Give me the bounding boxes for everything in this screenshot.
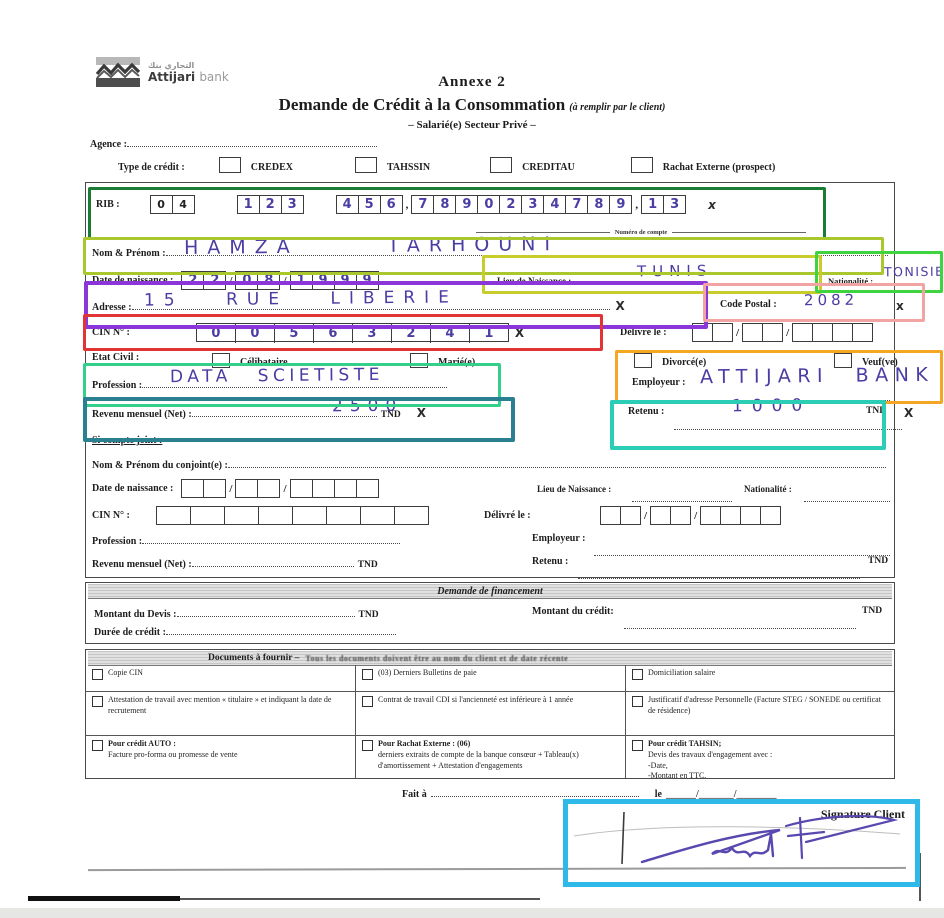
doc-text: Justificatif d'adresse Personnelle (Fact…	[648, 695, 881, 715]
issued-year-cells	[792, 323, 873, 342]
joint-dob-slash-2: /	[283, 483, 286, 495]
married-checkbox	[410, 353, 428, 368]
employer-label: Employeur :	[632, 377, 685, 388]
issued-month-cells	[742, 323, 783, 342]
doc-checkbox-icon	[92, 669, 103, 680]
joint-profession-label: Profession :	[92, 536, 142, 547]
doc-text: Domiciliation salaire	[648, 668, 715, 677]
signature-annotation-box: Signature Client	[563, 799, 920, 887]
financing-duration-row: Durée de crédit :	[94, 624, 396, 638]
rib-separator: ,	[406, 199, 409, 211]
joint-income-unit: TND	[358, 560, 378, 570]
documents-grid: Copie CIN (03) Derniers Bulletins de pai…	[86, 665, 894, 778]
credit-type-option-creditau: CREDITAU	[490, 157, 575, 175]
creditau-label: CREDITAU	[522, 162, 575, 173]
doc-lead: Pour crédit AUTO :	[108, 739, 176, 748]
retenu-unit: TND	[866, 406, 886, 416]
devis-unit: TND	[359, 610, 379, 620]
cin-label: CIN N° :	[92, 327, 130, 338]
credex-checkbox	[219, 157, 241, 173]
logo-arabic-text: التجاري بنك	[148, 61, 229, 70]
applicant-section-box: RIB : 04 123 456 , 7890234789 , 13 x Num…	[85, 182, 895, 578]
joint-dob-year-cells	[290, 479, 379, 498]
joint-issued-year-cells	[700, 506, 781, 525]
rib-caption-text: Numéro de compte	[615, 229, 668, 236]
documents-heading-note: Tous les documents doivent être au nom d…	[305, 654, 568, 663]
nationality-label: Nationalité :	[828, 276, 873, 286]
doc-text: Facture pro-forma ou promesse de vente	[108, 750, 238, 759]
rib-bank-code: 04	[150, 195, 195, 214]
rib-account-2: 7890234789	[411, 195, 632, 214]
rib-row: RIB : 04 123 456 , 7890234789 , 13 x	[96, 195, 716, 214]
agence-label: Agence :	[90, 139, 127, 150]
dob-slash-1: /	[229, 275, 232, 287]
dob-label: Date de naissance :	[92, 275, 173, 286]
joint-profession-row: Profession : Employeur :	[92, 533, 892, 547]
rib-agency-code: 123	[237, 195, 304, 214]
scan-artifact-thick-line	[28, 896, 180, 901]
birthplace-label: Lieu de Naissance :	[497, 276, 571, 286]
joint-issued-slash-1: /	[644, 510, 647, 522]
joint-issued-date-boxes: / /	[600, 506, 781, 525]
postal-label: Code Postal :	[720, 299, 777, 310]
joint-issued-month-cells	[650, 506, 691, 525]
doc-cell-bulletins: (03) Derniers Bulletins de paie	[356, 665, 626, 692]
income-handwriting: 2500	[332, 396, 403, 417]
agence-field	[127, 136, 377, 147]
joint-issued-label: Délivré le :	[484, 510, 531, 521]
nationality-handwriting: TONISIEN	[884, 264, 944, 280]
credit-type-option-tahssin: TAHSSIN	[355, 157, 430, 175]
rib-label: RIB :	[96, 199, 120, 210]
marital-option-married: Marié(e)	[410, 352, 475, 370]
credit-type-label: Type de crédit :	[118, 162, 185, 173]
financing-section-box: Demande de financement Montant du Devis …	[85, 582, 895, 644]
doc-checkbox-icon	[632, 696, 643, 707]
joint-retenu-label: Retenu :	[532, 556, 568, 567]
joint-cin-row: CIN N° : Délivré le : / /	[92, 506, 892, 525]
devis-label: Montant du Devis :	[94, 609, 177, 620]
cin-mark: X	[515, 326, 524, 340]
issued-slash-2: /	[786, 327, 789, 339]
dob-year-cells: 1999	[290, 271, 379, 290]
rib-key: 13	[641, 195, 686, 214]
postal-mark: x	[896, 299, 904, 313]
form-audience: – Salarié(e) Secteur Privé –	[0, 119, 944, 131]
duration-label: Durée de crédit :	[94, 627, 166, 638]
financing-amount-row: Montant du Devis : TND Montant du crédit…	[94, 606, 886, 620]
divorced-checkbox	[634, 353, 652, 368]
doc-cell-attestation: Attestation de travail avec mention « ti…	[86, 692, 356, 736]
credit-amount-unit: TND	[862, 606, 882, 616]
doc-text: Contrat de travail CDI si l'ancienneté e…	[378, 695, 573, 704]
cin-cells: 00563241	[196, 323, 509, 342]
form-title-note: (à remplir par le client)	[569, 102, 665, 113]
retenu-label: Retenu :	[628, 406, 664, 417]
doc-cell-contrat-cdi: Contrat de travail CDI si l'ancienneté e…	[356, 692, 626, 736]
annexe-heading: Annexe 2	[0, 74, 944, 91]
address-handwriting: 15 RUE LIBERIE	[144, 287, 458, 310]
birthplace-handwriting: TUNIS	[637, 262, 712, 281]
financing-heading: Demande de financement	[437, 586, 543, 597]
doc-lead: Pour crédit TAHSIN;	[648, 739, 721, 748]
doc-text: Copie CIN	[108, 668, 143, 677]
address-label: Adresse :	[92, 302, 132, 313]
agence-row: Agence :	[90, 136, 377, 150]
documents-header-bar: Documents à fournir – Tous les documents…	[88, 651, 892, 666]
documents-section-box: Documents à fournir – Tous les documents…	[85, 649, 895, 779]
doc-cell-copie-cin: Copie CIN	[86, 665, 356, 692]
issued-date-boxes: / /	[692, 323, 873, 342]
scan-artifact-thin-line	[180, 898, 540, 900]
name-label: Nom & Prénom :	[92, 248, 166, 259]
joint-dob-label: Date de naissance :	[92, 483, 173, 494]
doc-checkbox-icon	[362, 696, 373, 707]
credit-amount-label: Montant du crédit:	[532, 606, 614, 617]
joint-cin-cells	[156, 506, 429, 525]
rachat-checkbox	[631, 157, 653, 173]
profession-row: Profession : DATA SCIETISTE Employeur : …	[92, 377, 892, 391]
doc-checkbox-icon	[92, 696, 103, 707]
joint-retenu-unit: TND	[868, 556, 888, 566]
cin-row: CIN N° : 00563241 X Délivré le : / /	[92, 323, 892, 342]
retenu-mark: X	[904, 406, 913, 420]
marital-row: Etat Civil : Célibataire Marié(e) Divorc…	[92, 352, 892, 363]
doc-cell-credit-auto: Pour crédit AUTO : Facture pro-forma ou …	[86, 736, 356, 778]
handwritten-signature	[572, 806, 902, 870]
rib-check-mark: x	[708, 198, 716, 212]
address-row: Adresse : 15 RUE LIBERIE X Code Postal :…	[92, 299, 892, 313]
doc-cell-credit-tahsin: Pour crédit TAHSIN; Devis des travaux d'…	[626, 736, 894, 778]
address-mark: X	[616, 299, 625, 313]
joint-issued-slash-2: /	[694, 510, 697, 522]
income-mark: X	[417, 406, 426, 420]
tahssin-checkbox	[355, 157, 377, 173]
dob-slash-2: /	[283, 275, 286, 287]
joint-name-label: Nom & Prénom du conjoint(e) :	[92, 460, 228, 471]
fait-label: Fait à	[402, 789, 427, 800]
doc-cell-justificatif: Justificatif d'adresse Personnelle (Fact…	[626, 692, 894, 736]
rib-separator-2: ,	[635, 199, 638, 211]
profession-label: Profession :	[92, 380, 142, 391]
postal-handwriting: 2082	[804, 291, 858, 310]
joint-employer-label: Employeur :	[532, 533, 585, 544]
scanned-credit-form: التجاري بنك Attijari bank Annexe 2 Deman…	[0, 0, 944, 918]
doc-checkbox-icon	[632, 740, 643, 751]
employer-handwriting: ATTIJARI BANK	[700, 364, 935, 388]
rachat-label: Rachat Externe (prospect)	[663, 162, 776, 173]
joint-income-row: Revenu mensuel (Net) : TND Retenu : TND	[92, 556, 892, 570]
credex-label: CREDEX	[251, 162, 293, 173]
credit-type-option-credex: CREDEX	[219, 157, 293, 175]
doc-cell-rachat-externe: Pour Rachat Externe : (06) derniers extr…	[356, 736, 626, 778]
credit-type-option-rachat: Rachat Externe (prospect)	[631, 157, 776, 175]
joint-name-row: Nom & Prénom du conjoint(e) :	[92, 457, 886, 471]
name-handwriting: HAMZA TARHOUNI	[184, 233, 559, 259]
marital-option-divorced: Divorcé(e)	[634, 352, 706, 370]
tahssin-label: TAHSSIN	[387, 162, 430, 173]
fait-a-row: Fait à le ______/_______/________	[402, 786, 777, 800]
financing-header-bar: Demande de financement	[88, 584, 892, 599]
joint-cin-label: CIN N° :	[92, 510, 130, 521]
name-row: Nom & Prénom : HAMZA TARHOUNI	[92, 245, 888, 259]
joint-dob-day-cells	[181, 479, 226, 498]
doc-cell-domiciliation: Domiciliation salaire	[626, 665, 894, 692]
dob-month-cells: 08	[235, 271, 280, 290]
creditau-checkbox	[490, 157, 512, 173]
documents-heading: Documents à fournir –	[208, 653, 299, 663]
issued-slash-1: /	[736, 327, 739, 339]
scan-bottom-strip	[0, 908, 944, 918]
joint-dob-slash-1: /	[229, 483, 232, 495]
rib-account-1: 456	[336, 195, 403, 214]
doc-text: (03) Derniers Bulletins de paie	[378, 668, 477, 677]
joint-nationality-label: Nationalité :	[744, 484, 792, 494]
joint-issued-day-cells	[600, 506, 641, 525]
doc-checkbox-icon	[362, 740, 373, 751]
doc-lead: Pour Rachat Externe : (06)	[378, 739, 470, 748]
doc-text: Attestation de travail avec mention « ti…	[108, 695, 331, 715]
marital-label: Etat Civil :	[92, 352, 139, 363]
married-label: Marié(e)	[438, 357, 475, 368]
joint-dob-month-cells	[235, 479, 280, 498]
doc-text: Devis des travaux d'engagement avec : -D…	[648, 750, 772, 778]
dob-day-cells: 22	[181, 271, 226, 290]
joint-heading: Si compte joint :	[92, 435, 162, 446]
form-title: Demande de Crédit à la Consommation (à r…	[0, 95, 944, 115]
retenu-handwriting: 1000	[732, 396, 811, 417]
profession-handwriting: DATA SCIETISTE	[170, 365, 384, 387]
doc-text: derniers extraits de compte de la banque…	[378, 750, 579, 770]
form-title-main: Demande de Crédit à la Consommation	[279, 95, 566, 114]
joint-birthplace-label: Lieu de Naissance :	[537, 484, 611, 494]
income-row: Revenu mensuel (Net) : TND 2500 X Retenu…	[92, 406, 892, 420]
dob-row: Date de naissance : 22 / 08 / 1999 Lieu …	[92, 271, 892, 290]
doc-checkbox-icon	[632, 669, 643, 680]
doc-checkbox-icon	[362, 669, 373, 680]
joint-dob-row: Date de naissance : / / Lieu de Naissanc…	[92, 479, 892, 498]
issued-day-cells	[692, 323, 733, 342]
income-label: Revenu mensuel (Net) :	[92, 409, 192, 420]
joint-income-label: Revenu mensuel (Net) :	[92, 559, 192, 570]
doc-checkbox-icon	[92, 740, 103, 751]
issued-label: Délivré le :	[620, 327, 667, 338]
credit-type-row: Type de crédit : CREDEX TAHSSIN CREDITAU…	[118, 157, 775, 175]
